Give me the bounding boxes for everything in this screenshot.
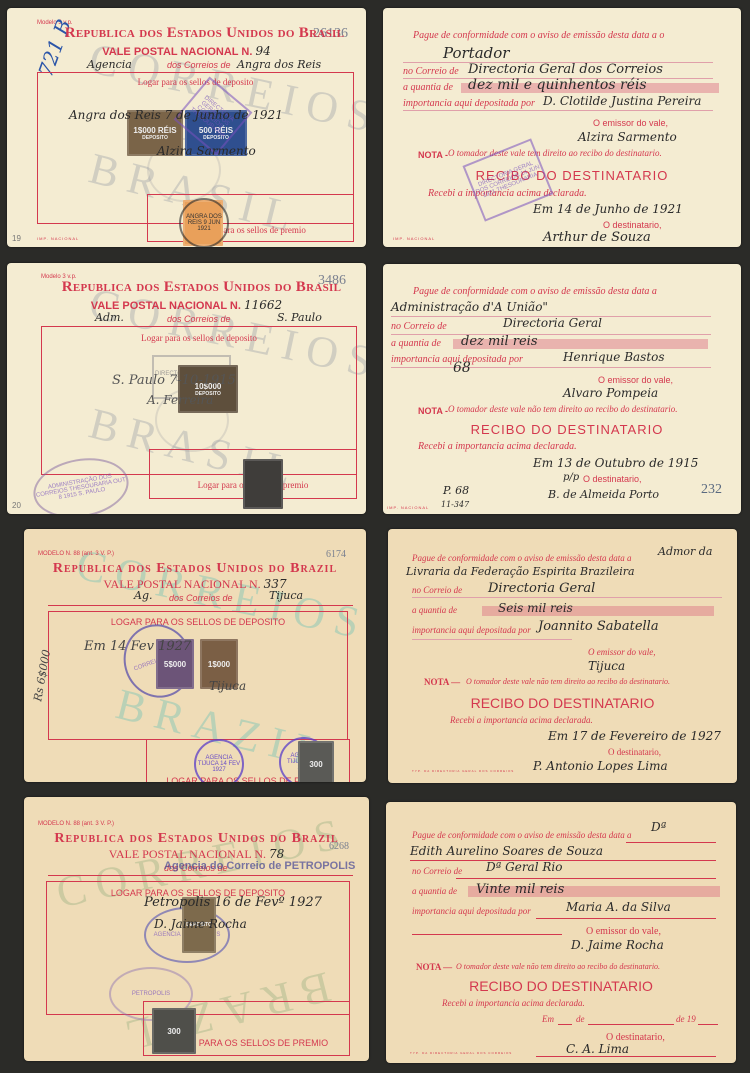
importancia-label: importancia aqui depositada por <box>403 98 535 109</box>
deposit-stamps-box: LOGAR PARA OS SELLOS DE DEPOSITO <box>48 611 348 740</box>
payee-handwritten: Portador <box>443 44 509 62</box>
pague-line: Pague de conformidade com o aviso de emi… <box>413 30 664 41</box>
money-order-card-3-front: CORREIOS BRAZIL MODELO N. 88 (ant. 3 V. … <box>24 529 366 782</box>
stamp-value: 300 <box>309 760 322 769</box>
stamp-sub: DEPOSITO <box>142 135 168 141</box>
dos-correios-label: dos Correios de <box>169 593 233 603</box>
no-correio-line <box>456 878 716 879</box>
destinatario-line <box>536 1056 716 1057</box>
city-handwritten: Tijuca <box>269 589 303 602</box>
sender-signature: A. Ferreira <box>147 393 213 407</box>
date-handwritten: Angra dos Reis 7 de Junho de 1921 <box>69 108 283 122</box>
corner-pencil-number: 20 <box>12 501 21 510</box>
emissor-signature: Alzira Sarmento <box>578 130 677 144</box>
pague-line: Pague de conformidade com o aviso de emi… <box>412 830 631 840</box>
emissor-label: O emissor do vale, <box>598 375 673 385</box>
importancia-line <box>391 367 711 368</box>
quantia-label: a quantia de <box>403 82 453 93</box>
emissor-label: O emissor do vale, <box>593 118 668 128</box>
nota-text: O tomador deste vale não tem direito ao … <box>466 677 670 686</box>
date-handwritten: S. Paulo 7-10-1915 <box>112 373 236 388</box>
importancia-line <box>536 918 716 919</box>
no-correio-handwritten: Dª Geral Rio <box>486 860 562 874</box>
model-number: MODELO N. 88 (ant. 3 V. P.) <box>38 551 114 557</box>
recibo-title: RECIBO DO DESTINATARIO <box>383 168 741 183</box>
quantia-handwritten: Vinte mil reis <box>476 882 564 897</box>
recebi-line: Recebi a importancia acima declarada. <box>418 441 577 452</box>
recibo-title: RECIBO DO DESTINATARIO <box>383 422 741 437</box>
margin-note-p68: P. 68 <box>443 484 469 497</box>
destinatario-label: O destinatario, <box>603 220 662 230</box>
agency-handwritten: Agencia <box>87 58 132 71</box>
depositor-handwritten: Maria A. da Silva <box>566 900 671 914</box>
em-year-line <box>698 1024 718 1025</box>
importancia-label: importancia aqui depositada por <box>412 906 531 916</box>
vale-number: 11662 <box>244 298 282 312</box>
stamp-value: 300 <box>167 1027 180 1036</box>
destinatario-signature: P. Antonio Lopes Lima <box>533 759 668 773</box>
nota-prefix: NOTA — <box>416 962 452 972</box>
destinatario-label: O destinatario, <box>608 747 661 757</box>
destinatario-signature: C. A. Lima <box>566 1042 629 1056</box>
payee-handwritten: Edith Aurelino Soares de Souza <box>410 844 603 858</box>
payee-prefix-handwritten: Dª <box>651 820 666 834</box>
quantia-handwritten: dez mil e quinhentos réis <box>468 77 647 93</box>
em-month-line <box>588 1024 674 1025</box>
money-order-card-1-front: CORREIOS BRASIL Modelo 3 v.p. 26136 721 … <box>7 8 366 247</box>
city-handwritten: Angra dos Reis <box>237 58 321 71</box>
no-correio-handwritten: Directoria Geral dos Correios <box>468 62 663 77</box>
recibo-title: RECIBO DO DESTINATARIO <box>388 695 737 711</box>
quantia-handwritten: Seis mil reis <box>498 601 573 615</box>
margin-note-68: 68 <box>453 360 471 376</box>
emissor-label: O emissor do vale, <box>588 647 656 657</box>
vale-label: VALE POSTAL NACIONAL N. 94 <box>7 44 366 58</box>
nota-prefix: NOTA - <box>418 406 448 416</box>
nota-prefix: NOTA - <box>418 150 448 160</box>
stamp-value: 1$000 <box>208 660 230 669</box>
deposit-box-label: Logar para os sellos de deposito <box>38 77 353 87</box>
no-correio-line <box>412 597 722 598</box>
deposit-box-label: LOGAR PARA OS SELLOS DE DEPOSITO <box>49 617 347 627</box>
dos-correios-line <box>48 875 353 876</box>
dos-correios-label: dos Correios de <box>167 314 231 324</box>
money-order-card-2-back: Pague de conformidade com o aviso de emi… <box>383 264 741 514</box>
no-correio-label: no Correio de <box>403 66 459 77</box>
emissor-signature: Tijuca <box>588 659 625 673</box>
destinatario-signature: Arthur de Souza <box>543 230 651 245</box>
card-title: Republica dos Estados Unidos do Brazil <box>24 561 366 577</box>
de-19-label: de 19 <box>676 1014 696 1024</box>
money-order-card-4-back: Pague de conformidade com o aviso de emi… <box>386 802 736 1063</box>
sender-signature: Tijuca <box>209 679 246 693</box>
stamp-premium-300: 300 <box>298 741 334 782</box>
date-handwritten: Petropolis 16 de Fevº 1927 <box>144 895 322 910</box>
dos-correios-line <box>48 605 353 606</box>
nota-text: O tomador deste vale não tem direito ao … <box>448 404 678 414</box>
pague-line-rule <box>626 842 716 843</box>
card-title: Republica dos Estados Unidos do Brazil <box>24 831 369 847</box>
model-number: MODELO N. 88 (ant. 3 V. P.) <box>38 821 114 827</box>
importancia-line <box>412 639 572 640</box>
money-order-card-4-front: CORREIOS BRAZIL MODELO N. 88 (ant. 3 V. … <box>24 797 369 1061</box>
money-order-card-2-front: CORREIOS BRASIL Modelo 3 v.p. 3486 Repub… <box>7 263 366 514</box>
recebi-line: Recebi a importancia acima declarada. <box>450 715 593 725</box>
destinatario-signature: B. de Almeida Porto <box>548 488 659 501</box>
vale-number: 94 <box>255 44 270 58</box>
depositor-handwritten: Henrique Bastos <box>563 350 665 364</box>
vale-label: VALE POSTAL NACIONAL N. 11662 <box>7 298 366 312</box>
quantia-label: a quantia de <box>412 605 457 615</box>
receipt-date-handwritten: Em 17 de Fevereiro de 1927 <box>548 729 721 743</box>
sender-signature: Alzira Sarmento <box>157 144 256 158</box>
dos-correios-label: dos Correios de <box>167 60 231 70</box>
vale-label-text: VALE POSTAL NACIONAL N. <box>109 847 266 861</box>
importancia-line <box>403 110 713 111</box>
pague-line: Pague de conformidade com o aviso de emi… <box>412 553 631 563</box>
printer-imprint: IMP. NACIONAL <box>393 236 435 241</box>
receipt-date-handwritten: Em 14 de Junho de 1921 <box>533 202 683 216</box>
em-day-line <box>558 1024 572 1025</box>
agency-handwritten: Adm. <box>95 311 124 324</box>
vale-label: VALE POSTAL NACIONAL N. 337 <box>24 577 366 592</box>
recibo-title: RECIBO DO DESTINATARIO <box>386 978 736 994</box>
payee-handwritten: Administração d'A União" <box>391 300 548 314</box>
depositor-continuation-line <box>412 934 562 935</box>
stamp-premium-300: 300 <box>152 1008 196 1054</box>
vale-label-text: VALE POSTAL NACIONAL N. <box>102 46 252 58</box>
stamp-value: 1$000 RÉIS <box>133 126 176 135</box>
importancia-label: importancia aqui depositada por <box>412 625 531 635</box>
printer-imprint: IMP. NACIONAL <box>37 236 79 241</box>
card-title: Republica dos Estados Unidos do Brasil <box>7 25 366 42</box>
premium-stamps-box: Logar para os sellos de premio <box>147 194 354 242</box>
no-correio-handwritten: Directoria Geral <box>503 316 602 330</box>
payee-prefix-handwritten: Admor da <box>658 545 712 558</box>
depositor-handwritten: Joannito Sabatella <box>538 619 659 634</box>
quantia-label: a quantia de <box>391 338 441 349</box>
emissor-signature: D. Jaime Rocha <box>571 938 664 952</box>
stamp-value: 5$000 <box>164 660 186 669</box>
no-correio-label: no Correio de <box>412 585 462 595</box>
angra-postmark: ANGRA DOS REIS 9 JUN 1921 <box>179 198 229 247</box>
agency-handwritten: Ag. <box>134 589 152 602</box>
vale-number: 78 <box>269 847 284 861</box>
depositor-handwritten: D. Clotilde Justina Pereira <box>543 94 701 108</box>
no-correio-line <box>391 334 711 335</box>
tijuca-postmark-1: AGENCIA TIJUCA 14 FEV 1927 <box>194 739 244 782</box>
sender-signature: D. Jaime Rocha <box>154 917 247 931</box>
pp-handwritten: p/p <box>563 472 579 483</box>
receipt-date-handwritten: Em 13 de Outubro de 1915 <box>533 456 698 470</box>
nota-text: O tomador deste vale não tem direito ao … <box>456 962 660 971</box>
de-label: de <box>576 1014 585 1024</box>
margin-note-11-347: 11-347 <box>441 500 469 509</box>
nota-text: O tomador deste vale tem direito ao reci… <box>448 148 662 158</box>
printer-imprint: TYP. DA DIRECTORIA GERAL DOS CORREIOS <box>410 1051 512 1055</box>
pague-line: Pague de conformidade com o aviso de emi… <box>413 286 657 297</box>
destinatario-label: O destinatario, <box>583 474 642 484</box>
stamp-premium-portrait <box>243 459 283 509</box>
date-handwritten: Em 14 Fev 1927 <box>84 639 191 654</box>
no-correio-handwritten: Directoria Geral <box>488 581 595 596</box>
payee-line <box>410 860 716 861</box>
deposit-box-label: Logar para os sellos de deposito <box>42 333 356 343</box>
card-title: Republica dos Estados Unidos do Brasil <box>7 279 366 296</box>
printer-imprint: TYP. DA DIRECTORIA GERAL DOS CORREIOS <box>412 769 514 773</box>
nota-prefix: NOTA — <box>424 677 460 687</box>
printer-imprint: IMP. NACIONAL <box>387 505 429 510</box>
city-handwritten: S. Paulo <box>277 311 322 324</box>
quantia-label: a quantia de <box>412 886 457 896</box>
stamp-number: 232 <box>701 482 722 498</box>
corner-pencil-number: 19 <box>12 234 21 243</box>
no-correio-label: no Correio de <box>412 866 462 876</box>
quantia-handwritten: dez mil reis <box>461 334 538 349</box>
em-label: Em <box>542 1014 554 1024</box>
money-order-card-1-back: Pague de conformidade com o aviso de emi… <box>383 8 741 247</box>
no-correio-label: no Correio de <box>391 321 447 332</box>
recebi-line: Recebi a importancia acima declarada. <box>442 998 585 1008</box>
money-order-card-3-back: Pague de conformidade com o aviso de emi… <box>388 529 737 783</box>
emissor-signature: Alvaro Pompeia <box>563 386 658 400</box>
serial-number: 6174 <box>326 549 346 560</box>
vale-label-text: VALE POSTAL NACIONAL N. <box>103 577 260 591</box>
emissor-label: O emissor do vale, <box>586 926 661 937</box>
city-agency-stamp: Agencia do Correio de PETROPOLIS <box>164 860 355 872</box>
payee-handwritten: Livraria da Federação Espirita Brazileir… <box>406 565 635 578</box>
